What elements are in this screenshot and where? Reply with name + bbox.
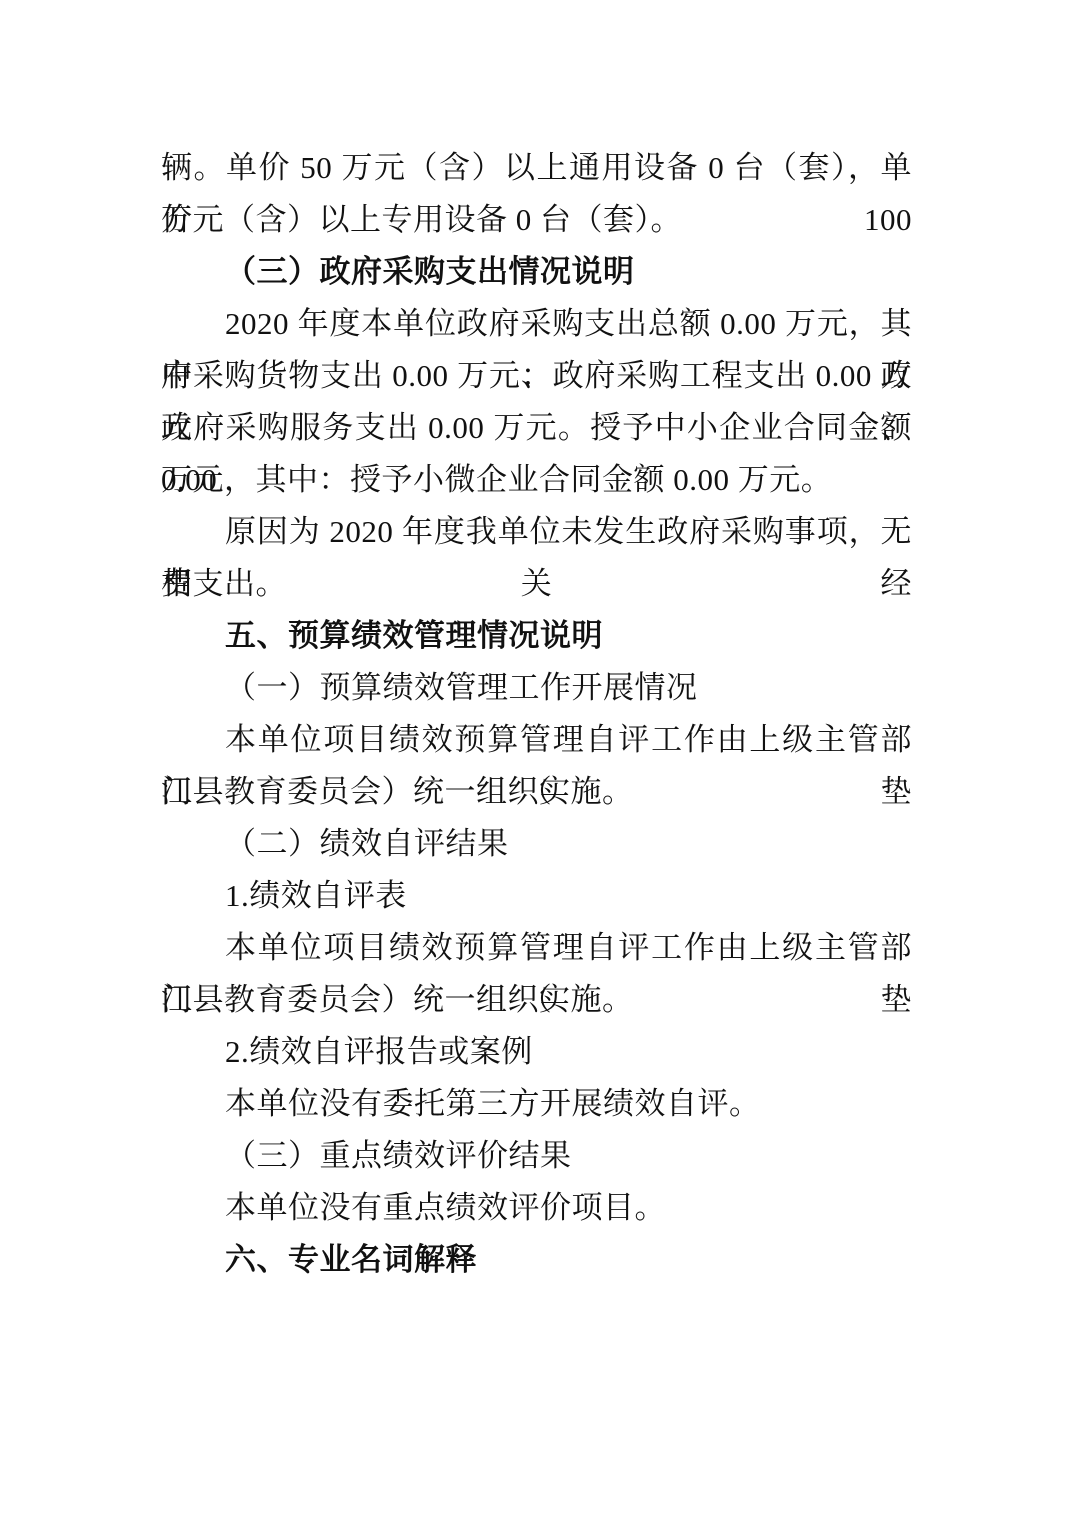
section-heading: （三）政府采购支出情况说明 (161, 246, 912, 298)
document-page: 辆。单价 50 万元（含）以上通用设备 0 台（套），单价 100万元（含）以上… (0, 0, 1074, 1520)
text-line: 1.绩效自评表 (161, 870, 912, 922)
text-line: 本单位项目绩效预算管理自评工作由上级主管部门（垫 (161, 714, 912, 766)
text-line: （一）预算绩效管理工作开展情况 (161, 662, 912, 714)
text-line: 2020 年度本单位政府采购支出总额 0.00 万元，其中：政 (161, 298, 912, 350)
section-heading: 五、预算绩效管理情况说明 (161, 610, 912, 662)
text-line: 原因为 2020 年度我单位未发生政府采购事项，无相关经 (161, 506, 912, 558)
text-line: 本单位没有委托第三方开展绩效自评。 (161, 1078, 912, 1130)
text-line: 本单位没有重点绩效评价项目。 (161, 1182, 912, 1234)
text-line: 政府采购服务支出 0.00 万元。授予中小企业合同金额 0.00 (161, 402, 912, 454)
text-line: （三）重点绩效评价结果 (161, 1130, 912, 1182)
document-body: 辆。单价 50 万元（含）以上通用设备 0 台（套），单价 100万元（含）以上… (161, 142, 912, 1286)
section-heading: 六、专业名词解释 (161, 1234, 912, 1286)
text-line: （二）绩效自评结果 (161, 818, 912, 870)
text-line: 万元，其中：授予小微企业合同金额 0.00 万元。 (161, 454, 912, 506)
text-line: 府采购货物支出 0.00 万元、政府采购工程支出 0.00 万元、 (161, 350, 912, 402)
text-line: 本单位项目绩效预算管理自评工作由上级主管部门（垫 (161, 922, 912, 974)
text-line: 辆。单价 50 万元（含）以上通用设备 0 台（套），单价 100 (161, 142, 912, 194)
text-line: 2.绩效自评报告或案例 (161, 1026, 912, 1078)
